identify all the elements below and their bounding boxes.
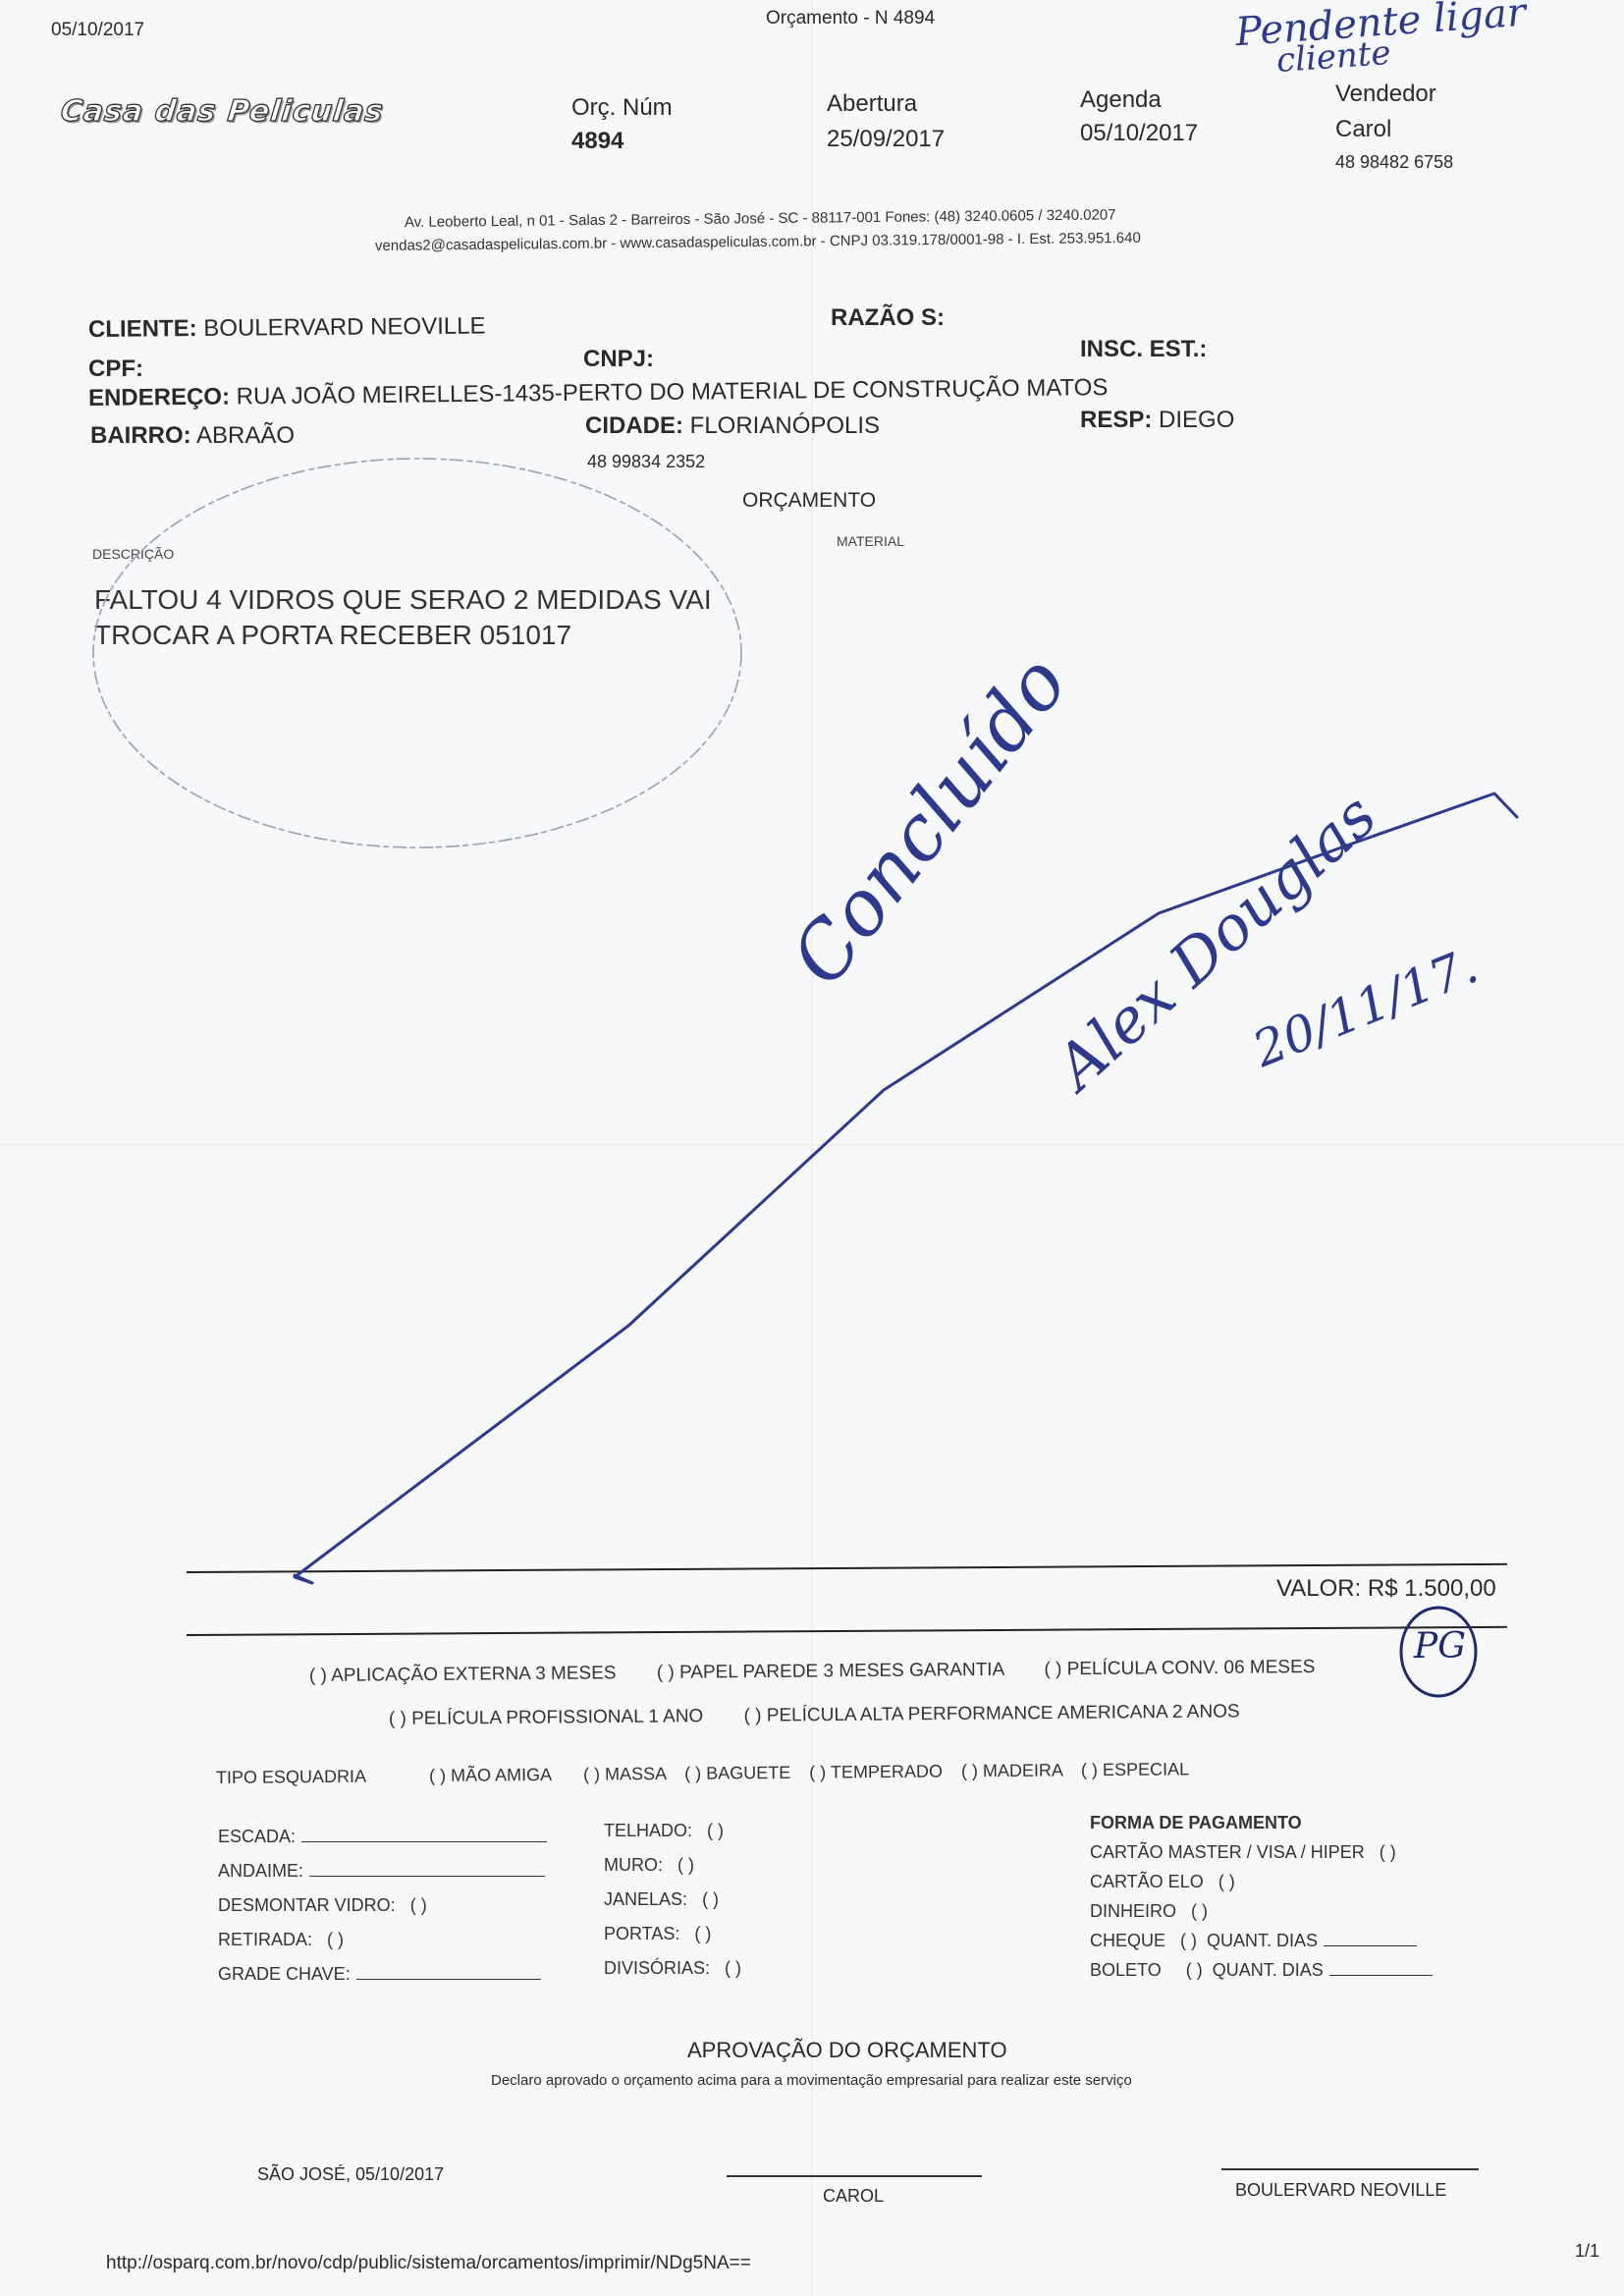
vendedor-phone: 48 98482 6758 <box>1335 152 1453 173</box>
cidade-row: CIDADE: FLORIANÓPOLIS <box>585 412 880 440</box>
paper-fold <box>811 0 813 2296</box>
option-label: PELÍCULA CONV. 06 MESES <box>1067 1657 1316 1679</box>
grade-chave-field[interactable] <box>356 1979 541 1980</box>
extra-retirada: RETIRADA: ( ) <box>218 1930 344 1950</box>
bairro-value: ABRAÃO <box>196 422 295 449</box>
checkbox[interactable]: ( ) <box>694 1924 711 1943</box>
bairro-label: BAIRRO: <box>90 422 191 449</box>
warranty-option[interactable]: ( ) APLICAÇÃO EXTERNA 3 MESES <box>309 1663 617 1686</box>
checkbox[interactable]: ( ) <box>677 1855 694 1875</box>
esquadria-option[interactable]: ( ) MASSA <box>583 1764 666 1784</box>
divider-top <box>187 1563 1507 1573</box>
option-label: PELÍCULA PROFISSIONAL 1 ANO <box>411 1706 703 1729</box>
extra-label: DESMONTAR VIDRO: <box>218 1895 396 1915</box>
esquadria-option[interactable]: ( ) MÃO AMIGA <box>429 1765 551 1785</box>
option-label: PELÍCULA ALTA PERFORMANCE AMERICANA 2 AN… <box>767 1701 1240 1725</box>
razao-label: RAZÃO S: <box>831 304 945 331</box>
descricao-label: DESCRIÇÃO <box>92 546 174 562</box>
cpf-label: CPF: <box>88 355 143 382</box>
warranty-row-1: ( ) APLICAÇÃO EXTERNA 3 MESES ( ) PAPEL … <box>309 1657 1316 1687</box>
esquadria-option[interactable]: ( ) MADEIRA <box>961 1760 1062 1780</box>
extra-label: ANDAIME: <box>218 1861 303 1881</box>
company-contact: vendas2@casadaspeliculas.com.br - www.ca… <box>375 230 1141 254</box>
endereco-label: ENDEREÇO: <box>88 383 230 411</box>
extra-grade-chave: GRADE CHAVE: <box>218 1964 541 1985</box>
seller-signature-line <box>727 2175 982 2177</box>
print-title: Orçamento - N 4894 <box>766 8 935 29</box>
bairro-row: BAIRRO: ABRAÃO <box>90 422 295 450</box>
extra-desmontar-vidro: DESMONTAR VIDRO: ( ) <box>218 1895 427 1916</box>
payment-option[interactable]: DINHEIRO ( ) <box>1090 1901 1208 1922</box>
paid-mark: PG <box>1414 1626 1466 1667</box>
insc-est-row: INSC. EST.: <box>1080 336 1207 363</box>
payment-option[interactable]: CARTÃO MASTER / VISA / HIPER ( ) <box>1090 1842 1396 1863</box>
escada-field[interactable] <box>301 1841 547 1842</box>
valor-value: 1.500,00 <box>1404 1575 1495 1602</box>
extra-label: ESCADA: <box>218 1827 296 1846</box>
extra-divisorias: DIVISÓRIAS: ( ) <box>604 1958 741 1979</box>
extra-label: RETIRADA: <box>218 1930 312 1949</box>
client-name-signature: BOULERVARD NEOVILLE <box>1235 2180 1446 2201</box>
payment-option[interactable]: CHEQUE ( ) QUANT. DIAS <box>1090 1931 1417 1951</box>
extra-muro: MURO: ( ) <box>604 1855 694 1876</box>
checkbox[interactable]: ( ) <box>657 1663 675 1683</box>
cliente-value: BOULERVARD NEOVILLE <box>203 312 485 342</box>
abertura-label: Abertura <box>827 90 917 118</box>
divider-bottom <box>187 1626 1507 1636</box>
extra-label: GRADE CHAVE: <box>218 1964 351 1984</box>
checkbox[interactable]: ( ) <box>702 1889 719 1909</box>
client-phone: 48 99834 2352 <box>587 452 705 472</box>
agenda-value: 05/10/2017 <box>1080 120 1198 147</box>
cidade-value: FLORIANÓPOLIS <box>690 412 880 439</box>
abertura-value: 25/09/2017 <box>827 126 945 153</box>
description-line-2: TROCAR A PORTA RECEBER 051017 <box>94 613 571 658</box>
valor-row: VALOR: R$ 1.500,00 <box>1276 1575 1496 1603</box>
checkbox[interactable]: ( ) <box>327 1930 344 1949</box>
handwritten-signature: Alex Douglas <box>1042 780 1389 1103</box>
boleto-days-field[interactable] <box>1329 1975 1433 1976</box>
cnpj-label: CNPJ: <box>583 346 654 372</box>
cpf-row: CPF: <box>88 355 143 383</box>
extra-telhado: TELHADO: ( ) <box>604 1821 724 1841</box>
approval-statement: Declaro aprovado o orçamento acima para … <box>491 2072 1132 2089</box>
warranty-option[interactable]: ( ) PELÍCULA CONV. 06 MESES <box>1044 1657 1315 1679</box>
insc-est-label: INSC. EST.: <box>1080 336 1207 362</box>
resp-row: RESP: DIEGO <box>1080 407 1234 434</box>
orcamento-section-title: ORÇAMENTO <box>742 489 876 513</box>
payment-option[interactable]: CARTÃO ELO ( ) <box>1090 1872 1235 1892</box>
client-name-row: CLIENTE: BOULERVARD NEOVILLE <box>88 312 486 344</box>
page-number: 1/1 <box>1575 2241 1599 2262</box>
payment-title: FORMA DE PAGAMENTO <box>1090 1813 1302 1833</box>
material-label: MATERIAL <box>837 533 904 549</box>
checkbox[interactable]: ( ) <box>1044 1659 1061 1679</box>
razao-row: RAZÃO S: <box>831 304 945 332</box>
endereco-row: ENDEREÇO: RUA JOÃO MEIRELLES-1435-PERTO … <box>88 374 1109 412</box>
print-date: 05/10/2017 <box>51 20 144 41</box>
place-date: SÃO JOSÉ, 05/10/2017 <box>257 2164 444 2185</box>
print-url: http://osparq.com.br/novo/cdp/public/sis… <box>106 2253 751 2274</box>
agenda-label: Agenda <box>1080 86 1162 114</box>
warranty-option[interactable]: ( ) PELÍCULA PROFISSIONAL 1 ANO <box>389 1706 703 1729</box>
client-signature-line <box>1221 2168 1479 2170</box>
checkbox[interactable]: ( ) <box>707 1821 724 1840</box>
valor-label: VALOR: R$ <box>1276 1575 1398 1602</box>
option-label: APLICAÇÃO EXTERNA 3 MESES <box>331 1663 617 1686</box>
checkbox[interactable]: ( ) <box>410 1895 427 1915</box>
vendedor-value: Carol <box>1335 116 1391 143</box>
esquadria-option[interactable]: ( ) TEMPERADO <box>809 1762 943 1782</box>
option-label: PAPEL PAREDE 3 MESES GARANTIA <box>679 1660 1003 1683</box>
checkbox[interactable]: ( ) <box>725 1958 741 1978</box>
resp-label: RESP: <box>1080 407 1152 433</box>
handwritten-pending-note-2: cliente <box>1275 33 1392 81</box>
warranty-option[interactable]: ( ) PELÍCULA ALTA PERFORMANCE AMERICANA … <box>743 1701 1239 1725</box>
cliente-label: CLIENTE: <box>88 315 197 343</box>
extra-andaime: ANDAIME: <box>218 1861 545 1882</box>
company-address: Av. Leoberto Leal, n 01 - Salas 2 - Barr… <box>405 206 1116 231</box>
esquadria-label: TIPO ESQUADRIA <box>216 1767 365 1787</box>
handwritten-concluido: Concluído <box>775 639 1085 1002</box>
endereco-value: RUA JOÃO MEIRELLES-1435-PERTO DO MATERIA… <box>237 374 1109 410</box>
orc-num-label: Orç. Núm <box>571 94 673 122</box>
checkbox[interactable]: ( ) <box>309 1666 327 1686</box>
payment-option[interactable]: BOLETO ( ) QUANT. DIAS <box>1090 1960 1433 1981</box>
orc-num-value: 4894 <box>571 128 623 155</box>
esquadria-option[interactable]: ( ) BAGUETE <box>684 1763 790 1783</box>
cnpj-row: CNPJ: <box>583 346 654 373</box>
checkbox[interactable]: ( ) <box>389 1709 406 1729</box>
warranty-option[interactable]: ( ) PAPEL PAREDE 3 MESES GARANTIA <box>657 1660 1004 1683</box>
cidade-label: CIDADE: <box>585 412 683 439</box>
extra-janelas: JANELAS: ( ) <box>604 1889 719 1910</box>
esquadria-row: TIPO ESQUADRIA ( ) MÃO AMIGA ( ) MASSA (… <box>216 1759 1189 1788</box>
seller-name: CAROL <box>823 2186 884 2207</box>
esquadria-option[interactable]: ( ) ESPECIAL <box>1081 1759 1189 1779</box>
approval-title: APROVAÇÃO DO ORÇAMENTO <box>687 2038 1007 2063</box>
checkbox[interactable]: ( ) <box>743 1706 761 1726</box>
extra-escada: ESCADA: <box>218 1827 547 1847</box>
handwritten-date: 20/11/17. <box>1245 937 1486 1078</box>
company-logo: Casa das Peliculas <box>59 94 385 129</box>
resp-value: DIEGO <box>1159 407 1234 433</box>
extra-portas: PORTAS: ( ) <box>604 1924 711 1944</box>
andaime-field[interactable] <box>309 1876 545 1877</box>
warranty-row-2: ( ) PELÍCULA PROFISSIONAL 1 ANO ( ) PELÍ… <box>389 1701 1240 1730</box>
cheque-days-field[interactable] <box>1324 1945 1417 1946</box>
vendedor-label: Vendedor <box>1335 81 1436 108</box>
